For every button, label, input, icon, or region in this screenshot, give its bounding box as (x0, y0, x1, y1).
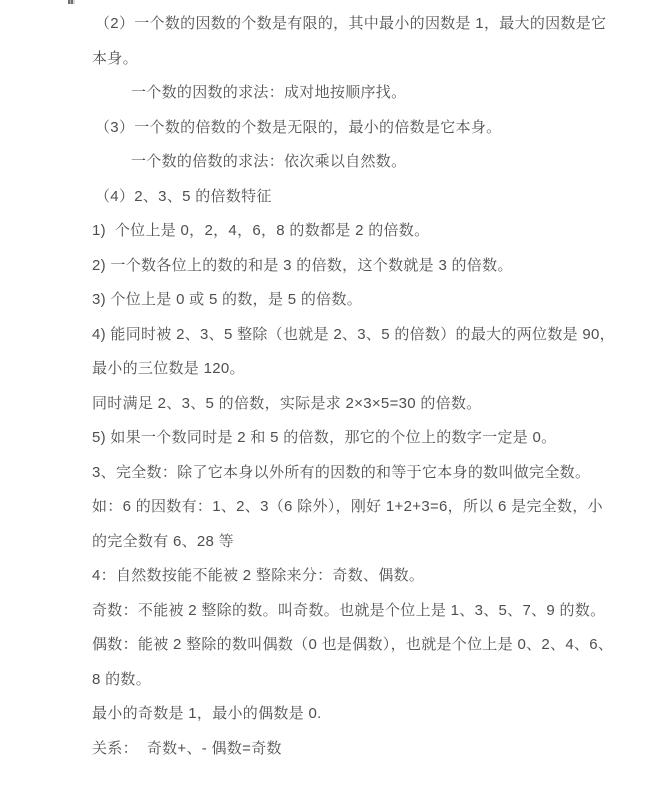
doc-line-factors-count-rule: （2）一个数的因数的个数是有限的，其中最小的因数是 1，最大的因数是它 (92, 7, 660, 42)
doc-line-rule-5-ends-in-0: 5) 如果一个数同时是 2 和 5 的倍数，那它的个位上的数字一定是 0。 (92, 421, 660, 456)
doc-line-multiples-count-rule: （3）一个数的倍数的个数是无限的，最小的倍数是它本身。 (92, 111, 660, 146)
doc-line-odd-number-def: 奇数：不能被 2 整除的数。叫奇数。也就是个位上是 1、3、5、7、9 的数。 (92, 594, 660, 629)
doc-line-rule-4-note-30: 同时满足 2、3、5 的倍数，实际是求 2×3×5=30 的倍数。 (92, 387, 660, 422)
doc-line-even-number-def: 偶数：能被 2 整除的数叫偶数（0 也是偶数），也就是个位上是 0、2、4、6、 (92, 628, 660, 663)
doc-line-perfect-number-def: 3、完全数：除了它本身以外所有的因数的和等于它本身的数叫做完全数。 (92, 456, 660, 491)
doc-line-235-features-heading: （4）2、3、5 的倍数特征 (92, 180, 660, 215)
doc-line-rule-4-wrap: 最小的三位数是 120。 (92, 352, 660, 387)
doc-line-factors-count-wrap: 本身。 (92, 42, 660, 77)
doc-line-rule-4-divisible-235: 4) 能同时被 2、3、5 整除（也就是 2、3、5 的倍数）的最大的两位数是 … (92, 318, 660, 353)
doc-line-rule-2-multiples-of-3: 2) 一个数各位上的数的和是 3 的倍数，这个数就是 3 的倍数。 (92, 249, 660, 284)
doc-line-rule-1-multiples-of-2: 1) 个位上是 0，2，4，6，8 的数都是 2 的倍数。 (92, 214, 660, 249)
doc-line-even-number-wrap: 8 的数。 (92, 663, 660, 698)
doc-line-factors-method: 一个数的因数的求法：成对地按顺序找。 (92, 76, 660, 111)
doc-line-odd-even-classification: 4：自然数按能不能被 2 整除来分：奇数、偶数。 (92, 559, 660, 594)
cutoff-character-fragment (68, 0, 75, 4)
doc-line-rule-3-multiples-of-5: 3) 个位上是 0 或 5 的数，是 5 的倍数。 (92, 283, 660, 318)
document-page: （2）一个数的因数的个数是有限的，其中最小的因数是 1，最大的因数是它 本身。 … (0, 0, 660, 812)
doc-line-smallest-odd-even: 最小的奇数是 1，最小的偶数是 0. (92, 697, 660, 732)
doc-line-multiples-method: 一个数的倍数的求法：依次乘以自然数。 (92, 145, 660, 180)
doc-line-perfect-number-example: 如：6 的因数有：1、2、3（6 除外），刚好 1+2+3=6，所以 6 是完全… (92, 490, 660, 525)
doc-line-perfect-number-wrap: 的完全数有 6、28 等 (92, 525, 660, 560)
doc-line-odd-even-relation: 关系： 奇数+、- 偶数=奇数 (92, 732, 660, 767)
